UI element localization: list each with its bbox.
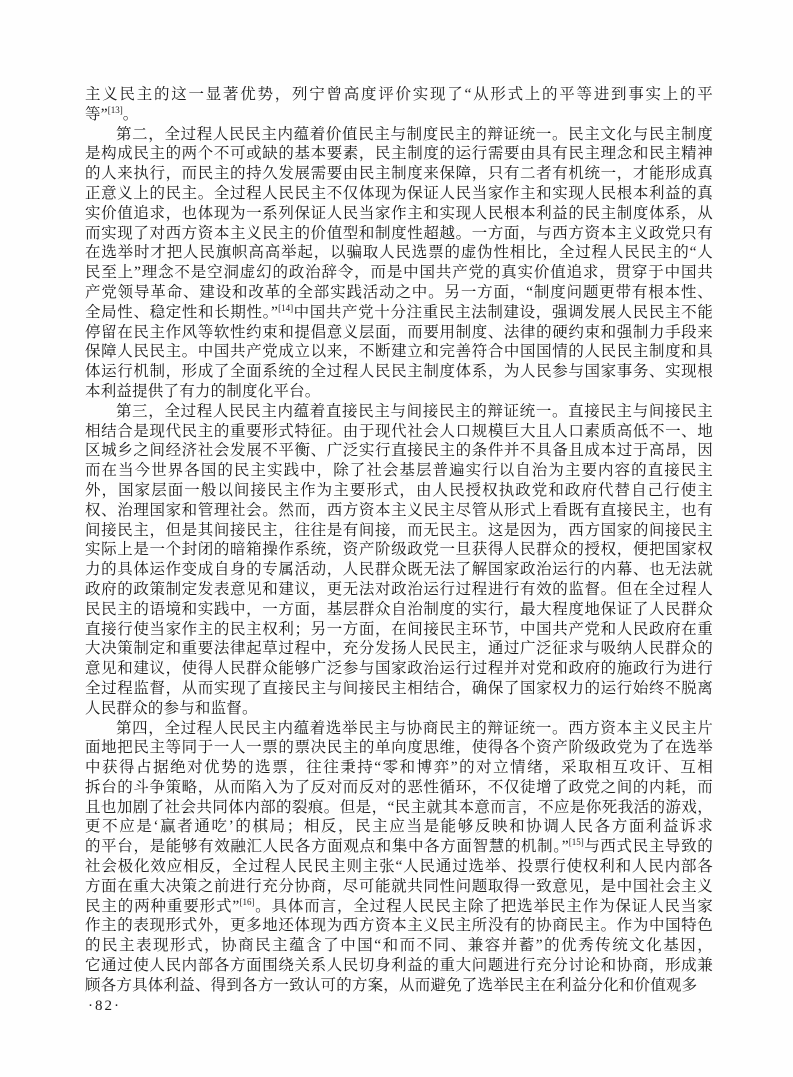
- text-line: 意见和建议，使得人民群众能够广泛参与国家政治运行过程并对党和政府的施政行为进行: [85, 659, 713, 679]
- text-line: 社会极化效应相反，全过程人民民主则主张“人民通过选举、投票行使权利和人民内部各: [85, 857, 713, 877]
- text-line: 民民主的语境和实践中，一方面，基层群众自治制度的实行，最大程度地保证了人民群众: [85, 600, 713, 620]
- footnote-ref: [16]: [239, 897, 254, 907]
- text-line: 的民主表现形式，协商民主蕴含了中国“和而不同、兼容并蓄”的优秀传统文化基因，: [85, 936, 713, 956]
- text-line: 力的具体运作变成自身的专属活动，人民群众既无法了解国家政治运行的内幕、也无法就: [85, 560, 713, 580]
- text-line: 作主的表现形式外，更多地还体现为西方资本主义民主所没有的协商民主。作为中国特色: [85, 916, 713, 936]
- text-line: 直接行使当家作主的民主权利；另一方面，在间接民主环节，中国共产党和人民政府在重: [85, 620, 713, 640]
- document-page: 主义民主的这一显著优势，列宁曾高度评价实现了“从形式上的平等进到事实上的平等”[…: [0, 0, 793, 1077]
- text-line: 产党领导革命、建设和改革的全部实践活动之中。另一方面，“制度问题更带有根本性、: [85, 283, 713, 303]
- text-line: 本利益提供了有力的制度化平台。: [85, 382, 713, 402]
- text-line: 它通过使人民内部各方面围绕关系人民切身利益的重大问题进行充分讨论和协商，形成兼: [85, 956, 713, 976]
- footnote-ref: [14]: [278, 303, 293, 313]
- text-line: 外，国家层面一般以间接民主作为主要形式，由人民授权执政党和政府代替自己行使主: [85, 481, 713, 501]
- text-line: 第三，全过程人民民主内蕴着直接民主与间接民主的辩证统一。直接民主与间接民主: [85, 402, 713, 422]
- text-line: 是构成民主的两个不可或缺的基本要素，民主制度的运行需要由具有民主理念和民主精神: [85, 144, 713, 164]
- text-line: 停留在民主作风等软性约束和提倡意义层面，而要用制度、法律的硬约束和强制力手段来: [85, 323, 713, 343]
- text-line: 全过程监督，从而实现了直接民主与间接民主相结合，确保了国家权力的运行始终不脱离: [85, 679, 713, 699]
- paragraph: 第四，全过程人民民主内蕴着选举民主与协商民主的辩证统一。西方资本主义民主片面地把…: [85, 719, 713, 996]
- text-line: 第四，全过程人民民主内蕴着选举民主与协商民主的辩证统一。西方资本主义民主片: [85, 719, 713, 739]
- text-line: 区城乡之间经济社会发展不平衡、广泛实行直接民主的条件并不具备且成本过于高昂，因: [85, 441, 713, 461]
- text-line: 在选举时才把人民旗帜高高举起，以骗取人民选票的虚伪性相比，全过程人民民主的“人: [85, 243, 713, 263]
- text-line: 相结合是现代民主的重要形式特征。由于现代社会人口规模巨大且人口素质高低不一、地: [85, 422, 713, 442]
- text-line: 更不应是‘赢者通吃’的棋局；相反，民主应当是能够反映和协调人民各方面利益诉求: [85, 817, 713, 837]
- text-line: 顾各方具体利益、得到各方一致认可的方案，从而避免了选举民主在利益分化和价值观多: [85, 976, 713, 996]
- text-line: 拆台的斗争策略，从而陷入为了反对而反对的恶性循环，不仅徒增了政党之间的内耗，而: [85, 778, 713, 798]
- text-line: 面地把民主等同于一人一票的票决民主的单向度思维，使得各个资产阶级政党为了在选举: [85, 738, 713, 758]
- text-line: 大决策制定和重要法律起草过程中，充分发扬人民民主，通过广泛征求与吸纳人民群众的: [85, 639, 713, 659]
- text-line: 全局性、稳定性和长期性。”[14]中国共产党十分注重民主法制建设，强调发展人民民…: [85, 303, 713, 323]
- text-line: 而在当今世界各国的民主实践中，除了社会基层普遍实行以自治为主要内容的直接民主: [85, 461, 713, 481]
- text-line: 第二，全过程人民民主内蕴着价值民主与制度民主的辩证统一。民主文化与民主制度: [85, 125, 713, 145]
- text-line: 且也加剧了社会共同体内部的裂痕。但是，“民主就其本意而言，不应是你死我活的游戏，: [85, 798, 713, 818]
- text-line: 的人来执行，而民主的持久发展需要由民主制度来保障，只有二者有机统一，才能形成真: [85, 164, 713, 184]
- text-line: 民至上”理念不是空洞虚幻的政治辞令，而是中国共产党的真实价值追求，贯穿于中国共: [85, 263, 713, 283]
- paragraph: 第三，全过程人民民主内蕴着直接民主与间接民主的辩证统一。直接民主与间接民主相结合…: [85, 402, 713, 719]
- text-line: 的平台，是能够有效融汇人民各方面观点和集中各方面智慧的机制。”[15]与西式民主…: [85, 837, 713, 857]
- text-line: 实价值追求，也体现为一系列保证人民当家作主和实现人民根本利益的民主制度体系，从: [85, 204, 713, 224]
- footnote-ref: [15]: [569, 837, 584, 847]
- text-line: 主义民主的这一显著优势，列宁曾高度评价实现了“从形式上的平等进到事实上的平: [85, 85, 713, 105]
- page-number: ·82·: [88, 998, 121, 1015]
- footnote-ref: [13]: [108, 105, 123, 115]
- paragraph: 主义民主的这一显著优势，列宁曾高度评价实现了“从形式上的平等进到事实上的平等”[…: [85, 85, 713, 125]
- text-block: 主义民主的这一显著优势，列宁曾高度评价实现了“从形式上的平等进到事实上的平等”[…: [85, 85, 713, 996]
- text-line: 体运行机制，形成了全面系统的全过程人民民主制度体系，为人民参与国家事务、实现根: [85, 362, 713, 382]
- text-line: 间接民主，但是其间接民主，往往是有间接，而无民主。这是因为，西方国家的间接民主: [85, 521, 713, 541]
- text-line: 民主的两种重要形式”[16]。具体而言，全过程人民民主除了把选举民主作为保证人民…: [85, 897, 713, 917]
- text-line: 保障人民民主。中国共产党成立以来，不断建立和完善符合中国国情的人民民主制度和具: [85, 342, 713, 362]
- text-line: 方面在重大决策之前进行充分协商，尽可能就共同性问题取得一致意见，是中国社会主义: [85, 877, 713, 897]
- text-line: 中获得占据绝对优势的选票，往往秉持“零和博弈”的对立情绪，采取相互攻讦、互相: [85, 758, 713, 778]
- text-line: 而实现了对西方资本主义民主的价值型和制度性超越。一方面，与西方资本主义政党只有: [85, 224, 713, 244]
- text-line: 实际上是一个封闭的暗箱操作系统，资产阶级政党一旦获得人民群众的授权，便把国家权: [85, 540, 713, 560]
- text-line: 正意义上的民主。全过程人民民主不仅体现为保证人民当家作主和实现人民根本利益的真: [85, 184, 713, 204]
- text-line: 权、治理国家和管理社会。然而，西方资本主义民主尽管从形式上看既有直接民主，也有: [85, 501, 713, 521]
- text-line: 政府的政策制定发表意见和建议，更无法对政治运行过程进行有效的监督。但在全过程人: [85, 580, 713, 600]
- paragraph: 第二，全过程人民民主内蕴着价值民主与制度民主的辩证统一。民主文化与民主制度是构成…: [85, 125, 713, 402]
- text-line: 等”[13]。: [85, 105, 713, 125]
- text-line: 人民群众的参与和监督。: [85, 699, 713, 719]
